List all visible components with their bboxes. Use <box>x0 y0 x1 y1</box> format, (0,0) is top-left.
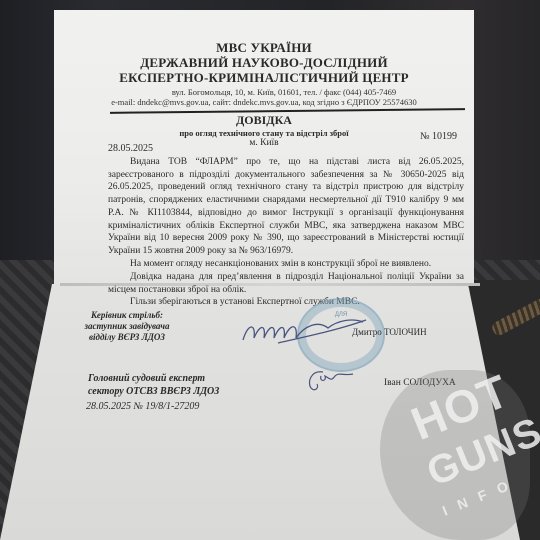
watermark-logo: HOT GUNS INFO <box>340 350 530 540</box>
signatory-1-title-line: заступник завідувача <box>82 321 172 332</box>
header-address: вул. Богомольця, 10, м. Київ, 01601, тел… <box>54 87 474 97</box>
body-paragraph-4: Гільзи зберігаються в установі Експертно… <box>108 296 464 309</box>
header-ministry: МВС УКРАЇНИ <box>54 40 474 56</box>
body-paragraph-1: Видана ТОВ “ФЛАРМ” про те, що на підстав… <box>108 156 464 258</box>
header-institution-line1: ДЕРЖАВНИЙ НАУКОВО-ДОСЛІДНИЙ <box>54 55 474 71</box>
signatory-1-title: Керівник стрільб: заступник завідувача в… <box>82 310 172 343</box>
signatory-1-name: Дмитро ТОЛОЧИН <box>352 327 427 337</box>
signatory-1-title-line: відділу ВЄРЗ ЛДОЗ <box>82 332 172 343</box>
document-number: № 10199 <box>420 131 457 142</box>
document-city: м. Київ <box>54 138 474 148</box>
registration-number: 28.05.2025 № 19/8/1-27209 <box>86 401 199 412</box>
signature-1 <box>238 318 368 348</box>
header-contacts: e-mail: dndekc@mvs.gov.ua, сайт: dndekc.… <box>54 97 474 107</box>
signatory-1-title-line: Керівник стрільб: <box>82 310 172 321</box>
signatory-2-title-line: сектору ОТСВЗ ВВЄРЗ ЛДОЗ <box>88 385 219 398</box>
header-institution-line2: ЕКСПЕРТНО-КРИМІНАЛІСТИЧНИЙ ЦЕНТР <box>54 70 474 86</box>
document-subtitle: про огляд технічного стану та відстріл з… <box>54 128 474 138</box>
document-title: ДОВІДКА <box>54 113 474 128</box>
body-paragraph-2: На момент огляду несанкціонованих змін в… <box>108 258 464 271</box>
body-paragraph-3: Довідка надана для пред’явлення в підроз… <box>108 271 464 296</box>
signatory-2-title: Головний судовий експерт сектору ОТСВЗ В… <box>88 372 219 398</box>
signatory-2-title-line: Головний судовий експерт <box>88 372 219 385</box>
